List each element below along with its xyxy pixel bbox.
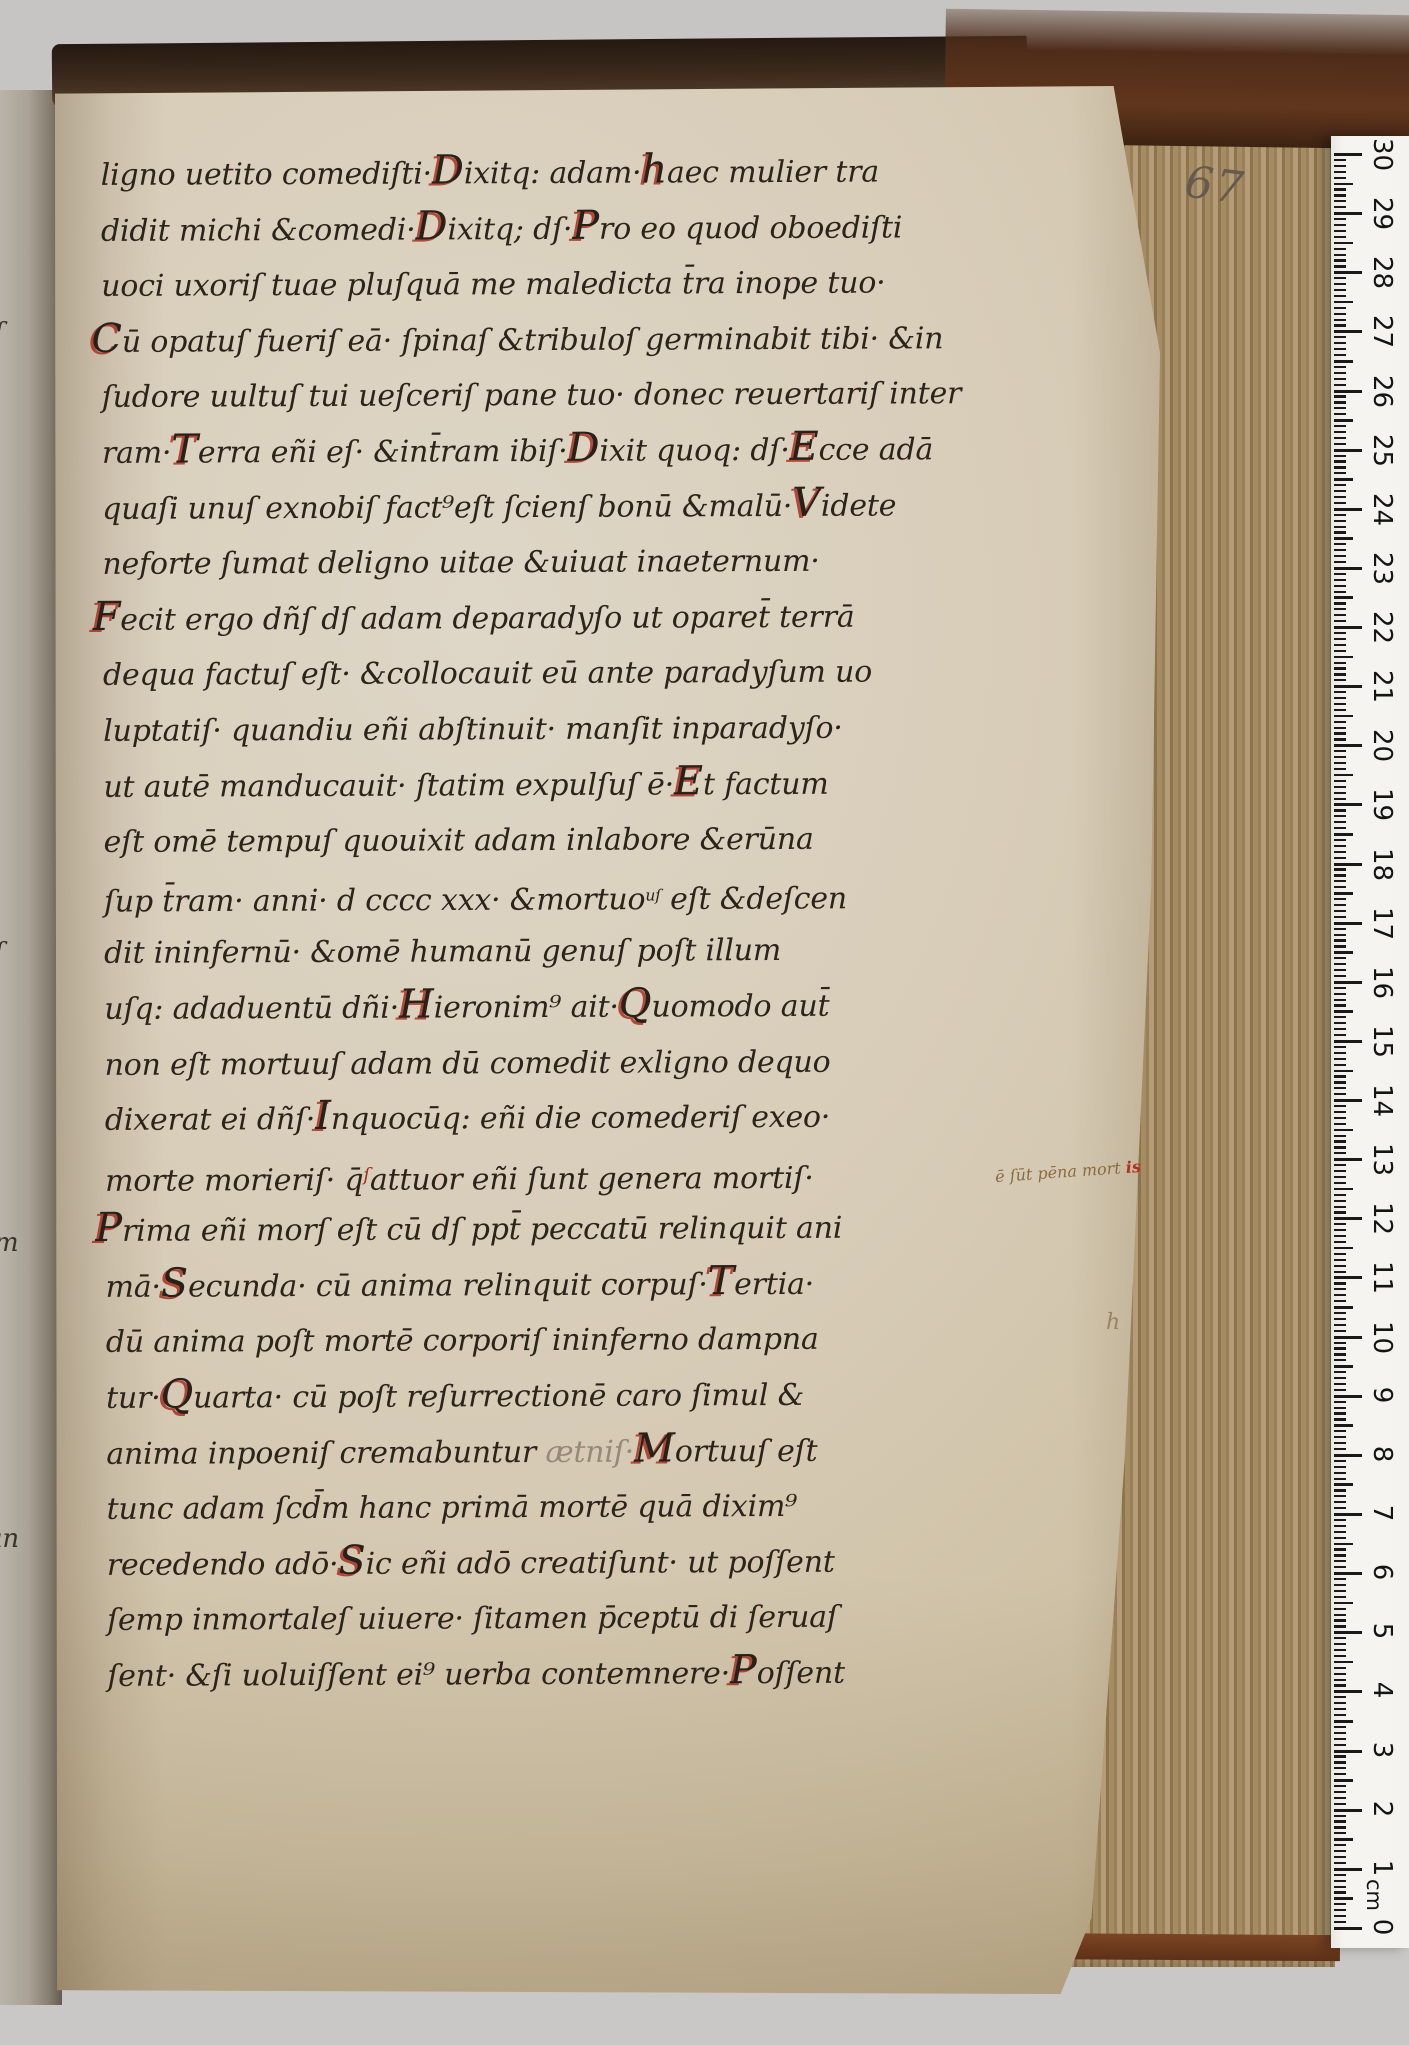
ruler-tick [1334, 230, 1346, 232]
ruler-tick [1334, 922, 1362, 925]
ruler-tick [1334, 153, 1362, 156]
ruler-tick [1334, 1850, 1346, 1852]
ruler-tick [1334, 478, 1353, 481]
manuscript-line: morte morieriſ· q̄ſattuor eñi ſunt gener… [105, 1145, 985, 1204]
line-text: uomodo aut̄ [651, 989, 829, 1025]
ruler-tick [1334, 744, 1362, 747]
ruler-tick [1334, 543, 1346, 545]
ruler-number: 12 [1367, 1202, 1397, 1232]
ruler-tick [1334, 407, 1346, 409]
ruler-tick [1334, 1767, 1346, 1769]
ruler-number: 17 [1367, 907, 1397, 937]
ruler-tick [1334, 1744, 1346, 1746]
ruler-tick [1334, 1359, 1346, 1361]
ruler-tick [1334, 910, 1346, 912]
ruler-tick [1334, 1117, 1346, 1119]
ruler-tick [1334, 1513, 1362, 1516]
facing-page-letter-fragment: ſ [0, 318, 4, 348]
line-text: erra eñi eſ· &int̄ram ibiſ· [198, 434, 568, 471]
ruler-tick [1334, 1755, 1346, 1757]
ruler-tick [1334, 354, 1346, 356]
ruler-tick [1334, 863, 1362, 866]
rubricated-initial: V [792, 479, 821, 525]
ruler-tick [1334, 715, 1353, 718]
ruler-tick [1334, 200, 1346, 202]
ruler-tick [1334, 786, 1346, 788]
ruler-tick [1334, 484, 1346, 486]
ruler-tick [1334, 1785, 1346, 1787]
ruler-tick [1334, 1903, 1346, 1905]
ruler-tick [1334, 916, 1346, 918]
ruler-tick [1334, 165, 1346, 167]
facing-page-letter-fragment: m [0, 1228, 19, 1258]
ruler-number: 0 [1367, 1912, 1397, 1942]
ruler-tick [1334, 1229, 1346, 1231]
ruler-tick [1334, 1826, 1346, 1828]
ruler-tick [1334, 212, 1362, 215]
ruler-tick [1334, 679, 1346, 681]
ruler-tick [1334, 1684, 1346, 1686]
ruler-tick [1334, 401, 1346, 403]
ruler-tick [1334, 295, 1346, 297]
manuscript-line: ſent· &ſi uoluiſſent ei⁹ uerba contemner… [107, 1645, 987, 1704]
ruler-tick [1334, 194, 1346, 196]
ruler-tick [1334, 265, 1346, 267]
manuscript-line: uoci uxoriſ tuae pluſquā me maledicta t̄… [101, 255, 981, 314]
ruler-tick [1334, 1874, 1346, 1876]
ruler-tick [1334, 242, 1353, 245]
line-text: ram· [102, 436, 172, 471]
line-text: nquocūq: eñi die comederiſ exeo· [331, 1100, 831, 1137]
ruler-tick [1334, 756, 1346, 758]
ruler-tick [1334, 1129, 1353, 1132]
ruler-tick [1334, 608, 1346, 610]
line-text: ecunda· cū anima relinquit corpuſ· [188, 1267, 708, 1304]
ruler-tick [1334, 1750, 1362, 1753]
ruler-tick [1334, 993, 1346, 995]
ruler-number: 30 [1367, 138, 1397, 168]
ruler-tick [1334, 1164, 1346, 1166]
ruler-tick [1334, 709, 1346, 711]
ruler-number: 5 [1367, 1616, 1397, 1646]
rubricated-initial: D [415, 203, 447, 249]
ruler-tick [1334, 650, 1346, 652]
facing-page-letter-fragment: ın [0, 1524, 19, 1554]
manuscript-line: dixerat ei dñſ·Inquocūq: eñi die comeder… [105, 1089, 985, 1148]
line-text: ū opatuſ fueriſ eā· ſpinaſ &tribuloſ ger… [122, 321, 944, 360]
ruler-number: 20 [1367, 729, 1397, 759]
ruler-tick [1334, 561, 1346, 563]
ruler-tick [1334, 727, 1346, 729]
ruler-tick [1334, 1572, 1362, 1575]
ruler-tick [1334, 874, 1346, 876]
ruler-tick [1334, 1087, 1346, 1089]
ruler-tick [1334, 313, 1346, 315]
ruler-tick [1334, 1489, 1346, 1491]
ruler-tick [1334, 1614, 1346, 1616]
line-text: ætniſ· [545, 1434, 634, 1469]
ruler-tick [1334, 537, 1353, 540]
ruler-tick [1334, 975, 1346, 977]
ruler-tick [1334, 183, 1353, 186]
ruler-tick [1334, 579, 1346, 581]
ruler-tick [1334, 1081, 1346, 1083]
ruler-tick [1334, 1412, 1346, 1414]
ruler-number: 19 [1367, 788, 1397, 818]
ruler-tick [1334, 1259, 1346, 1261]
line-text: luptatiſ· quandiu eñi abſtinuit· manſit … [103, 711, 843, 749]
ruler-tick [1334, 638, 1346, 640]
ruler-tick [1334, 1643, 1346, 1645]
manuscript-line: dequa factuſ eſt· &collocauit eū ante pa… [103, 644, 983, 703]
rubricated-initial: h [641, 146, 667, 192]
ruler-tick [1334, 177, 1346, 179]
ruler-tick [1334, 1395, 1362, 1398]
ruler-number: 21 [1367, 670, 1397, 700]
ruler-tick [1334, 1371, 1346, 1373]
ruler-tick [1334, 1584, 1346, 1586]
ruler-tick [1334, 685, 1362, 688]
ruler-tick [1334, 857, 1346, 859]
ruler-tick [1334, 1383, 1346, 1385]
ruler-tick [1334, 1690, 1362, 1693]
ruler-number: 26 [1367, 375, 1397, 405]
manuscript-line: recedendo adō·Sic eñi adō creatiſunt· ut… [107, 1534, 987, 1593]
ruler-tick [1334, 1637, 1346, 1639]
ruler-tick [1334, 1152, 1346, 1154]
ruler-tick [1334, 833, 1353, 836]
ruler-tick [1334, 218, 1346, 220]
line-text: quaſi unuſ exnobiſ fact⁹eſt ſcienſ bonū … [102, 488, 792, 526]
ruler-tick [1334, 1856, 1346, 1858]
manuscript-line: Prima eñi morſ eſt cū dſ ppt̄ peccatū re… [95, 1200, 985, 1259]
ruler-tick [1334, 1300, 1346, 1302]
ruler-tick [1334, 1099, 1362, 1102]
line-text: rima eñi morſ eſt cū dſ ppt̄ peccatū rel… [122, 1211, 842, 1249]
ruler-tick [1334, 1217, 1362, 1220]
ruler-tick [1334, 1430, 1346, 1432]
rubricated-initial: C [91, 316, 122, 362]
ruler-tick [1334, 1525, 1346, 1527]
ruler-tick [1334, 1093, 1346, 1095]
ruler-tick [1334, 437, 1346, 439]
ruler-tick [1334, 1702, 1346, 1704]
ruler-tick [1334, 667, 1346, 669]
ruler-tick [1334, 721, 1346, 723]
ruler-tick [1334, 1418, 1346, 1420]
ruler-tick [1334, 1779, 1353, 1782]
line-text: ortuuſ eſt [675, 1433, 818, 1469]
manuscript-line: ligno uetito comediſti·Dixitq: adam·haec… [101, 144, 981, 203]
manuscript-line: ſudore uultuſ tui ueſceriſ pane tuo· don… [102, 366, 982, 425]
ruler-tick [1334, 839, 1346, 841]
line-text: didit michi &comedi· [101, 212, 416, 248]
ruler-number: 15 [1367, 1025, 1397, 1055]
ruler-tick [1334, 1200, 1346, 1202]
ruler-tick [1334, 1040, 1362, 1043]
ruler-tick [1334, 1140, 1346, 1142]
margin-mark: h [1106, 1310, 1120, 1335]
rubricated-initial: I [315, 1093, 331, 1139]
ruler-tick [1334, 1206, 1346, 1208]
ruler-tick [1334, 1791, 1346, 1793]
ruler-tick [1334, 632, 1346, 634]
line-text: ſent· &ſi uoluiſſent ei⁹ uerba contemner… [107, 1656, 730, 1694]
ruler-tick [1334, 780, 1346, 782]
ruler-tick [1334, 1862, 1346, 1864]
manuscript-line: Fecit ergo dñſ dſ adam deparadyſo ut opa… [93, 589, 983, 648]
ruler-tick [1334, 1377, 1346, 1379]
ruler-tick [1334, 1353, 1346, 1355]
manuscript-line: mā·Secunda· cū anima relinquit corpuſ·Te… [105, 1256, 985, 1315]
ruler-tick [1334, 809, 1346, 811]
ruler-tick [1334, 939, 1346, 941]
folio-number: 67 [1182, 157, 1248, 215]
ruler-tick [1334, 1123, 1346, 1125]
ruler-tick [1334, 1495, 1346, 1497]
ruler-tick [1334, 1176, 1346, 1178]
facing-page-text-fragments: ſſ·mın [0, 0, 30, 2045]
manuscript-line: eſt omē tempuſ quouixit adam inlabore &e… [104, 811, 984, 870]
manuscript-line: tur·Quarta· cū poſt reſurrectionē caro ſ… [106, 1367, 986, 1426]
ruler-tick [1334, 366, 1346, 368]
ruler-tick [1334, 1389, 1346, 1391]
line-text: mā· [106, 1270, 161, 1305]
ruler-tick [1334, 614, 1346, 616]
ruler-tick [1334, 455, 1346, 457]
ruler-tick [1334, 1448, 1346, 1450]
manuscript-line: dū anima poſt mortē corporiſ ininferno d… [106, 1312, 986, 1371]
ruler-number: 27 [1367, 315, 1397, 345]
line-text: ſemp inmortaleſ uiuere· ſitamen p̄ceptū … [107, 1600, 838, 1638]
ruler-tick [1334, 851, 1346, 853]
ruler-tick [1334, 1342, 1346, 1344]
ruler-tick [1334, 1649, 1346, 1651]
ruler-tick [1334, 886, 1346, 888]
ruler-tick [1334, 821, 1346, 823]
ruler-tick [1334, 963, 1346, 965]
ruler-tick [1334, 1927, 1362, 1930]
ruler-tick [1334, 928, 1346, 930]
ruler-tick [1334, 1696, 1346, 1698]
rubricated-initial: D [432, 147, 464, 193]
ruler-tick [1334, 1809, 1362, 1812]
ruler-tick [1334, 1832, 1346, 1834]
ruler-tick [1334, 1897, 1353, 1900]
line-text: uarta· cū poſt reſurrectionē caro ſimul … [193, 1378, 804, 1416]
ruler-tick [1334, 1312, 1346, 1314]
rubricated-initial: E [674, 758, 703, 804]
ruler-tick [1334, 1365, 1353, 1368]
manuscript-line: anima inpoeniſ cremabuntur ætniſ·Mortuuſ… [106, 1423, 986, 1482]
ruler-tick [1334, 271, 1362, 274]
line-text: idete [821, 488, 897, 523]
ruler-tick [1334, 188, 1346, 190]
ruler-tick [1334, 1247, 1353, 1250]
ruler-tick [1334, 1158, 1362, 1161]
manuscript-photo: ligno uetito comediſti·Dixitq: adam·haec… [0, 0, 1409, 2045]
ruler-tick [1334, 1064, 1346, 1066]
ruler-tick [1334, 738, 1346, 740]
ruler-number: 6 [1367, 1557, 1397, 1587]
ruler-number: 9 [1367, 1380, 1397, 1410]
ruler-tick [1334, 248, 1346, 250]
line-text: uoci uxoriſ tuae pluſquā me maledicta t̄… [101, 266, 885, 304]
line-text: recedendo adō· [107, 1547, 339, 1583]
ruler-tick [1334, 845, 1346, 847]
ruler-tick [1334, 348, 1346, 350]
ruler-tick [1334, 1909, 1346, 1911]
ruler-tick [1334, 868, 1346, 870]
ruler-tick [1334, 981, 1362, 984]
ruler-tick [1334, 443, 1346, 445]
ruler-tick [1334, 1347, 1346, 1349]
ruler-tick [1334, 1235, 1346, 1237]
ruler-tick [1334, 1004, 1346, 1006]
ruler-tick [1334, 1472, 1346, 1474]
ruler-tick [1334, 372, 1346, 374]
ruler-tick [1334, 1034, 1346, 1036]
ruler-tick [1334, 1170, 1346, 1172]
ruler-tick [1334, 1016, 1346, 1018]
ruler-tick [1334, 342, 1346, 344]
ruler-tick [1334, 1761, 1346, 1763]
ruler-number: 11 [1367, 1261, 1397, 1291]
rubricated-initial: E [790, 424, 819, 470]
ruler-tick [1334, 1537, 1346, 1539]
manuscript-line: tunc adam ſcd̄m hanc primā mortē quā dix… [106, 1478, 986, 1537]
manuscript-line: ſemp inmortaleſ uiuere· ſitamen p̄ceptū … [107, 1590, 987, 1649]
ruler-tick [1334, 1631, 1362, 1634]
ruler-tick [1334, 1548, 1346, 1550]
ruler-tick [1334, 827, 1346, 829]
ruler-tick [1334, 236, 1346, 238]
ruler-tick [1334, 1608, 1346, 1610]
ruler-number: 25 [1367, 434, 1397, 464]
ruler-tick [1334, 567, 1362, 570]
facing-page-letter-fragment: · [0, 1000, 2, 1030]
ruler-tick [1334, 1543, 1353, 1546]
ruler-tick [1334, 171, 1346, 173]
ruler-tick [1334, 656, 1353, 659]
ruler-tick [1334, 1276, 1362, 1279]
ruler-tick [1334, 224, 1346, 226]
line-text: ieronim⁹ ait· [434, 990, 619, 1026]
ruler-tick [1334, 1324, 1346, 1326]
ruler-tick [1334, 1010, 1353, 1013]
ruler-tick [1334, 1194, 1346, 1196]
ruler-tick [1334, 1886, 1346, 1888]
ruler-tick [1334, 703, 1346, 705]
ruler-tick [1334, 1732, 1346, 1734]
line-text: tunc adam ſcd̄m hanc primā mortē quā dix… [106, 1489, 797, 1527]
ruler-tick [1334, 792, 1346, 794]
manuscript-line: ſup t̄ram· anni· d cccc xxx· &mortuouſ e… [104, 867, 984, 926]
ruler-tick [1334, 1566, 1346, 1568]
ruler-tick [1334, 1028, 1346, 1030]
rubricated-initial: T [171, 426, 198, 472]
ruler-number: 3 [1367, 1735, 1397, 1765]
ruler-tick [1334, 951, 1353, 954]
ruler-tick [1334, 508, 1362, 511]
line-text: morte morieriſ· q̄ [105, 1162, 363, 1198]
ruler-tick [1334, 1519, 1346, 1521]
ruler-tick [1334, 644, 1346, 646]
line-text: dit ininfernū· &omē humanū genuſ poſt il… [104, 933, 781, 971]
ruler-tick [1334, 1625, 1346, 1627]
ruler-tick [1334, 1454, 1362, 1457]
ruler-tick [1334, 1891, 1346, 1893]
ruler-tick [1334, 1046, 1346, 1048]
ruler-tick [1334, 1838, 1353, 1841]
ruler-tick [1334, 531, 1346, 533]
ruler-tick [1334, 1105, 1346, 1107]
line-text: ixitq: adam· [464, 156, 642, 192]
ruler-tick [1334, 1442, 1346, 1444]
ruler-number: 10 [1367, 1321, 1397, 1351]
ruler-number: 22 [1367, 611, 1397, 641]
ruler-tick [1334, 1501, 1346, 1503]
line-text: ixitq; dſ· [447, 211, 572, 247]
line-text: cce adā [819, 432, 934, 467]
line-text: eſt &deſcen [661, 881, 847, 917]
ruler-tick [1334, 602, 1346, 604]
ruler-number: 18 [1367, 848, 1397, 878]
ruler-tick [1334, 1424, 1353, 1427]
ruler-tick [1334, 1070, 1353, 1073]
line-text: ixit quoq: dſ· [599, 433, 789, 469]
line-text: aec mulier tra [667, 155, 879, 191]
ruler-tick [1334, 1803, 1346, 1805]
manuscript-line: dit ininfernū· &omē humanū genuſ poſt il… [104, 922, 984, 981]
ruler-number: 14 [1367, 1084, 1397, 1114]
ruler-tick [1334, 277, 1346, 279]
ruler-tick [1334, 466, 1346, 468]
ruler-tick [1334, 987, 1346, 989]
ruler-tick [1334, 449, 1362, 452]
ruler-tick [1334, 1820, 1346, 1822]
line-text: anima inpoeniſ cremabuntur [106, 1435, 545, 1472]
manuscript-line: ut autē manducauit· ſtatim expulſuſ ē·Et… [103, 756, 983, 815]
line-text: tur· [106, 1381, 161, 1416]
line-text: dū anima poſt mortē corporiſ ininferno d… [106, 1322, 819, 1360]
ruler-tick [1334, 1815, 1346, 1817]
ruler-tick [1334, 1578, 1346, 1580]
rubricated-initial: M [634, 1425, 675, 1471]
ruler-tick [1334, 502, 1346, 504]
marginal-gloss-red-mark: is [1125, 1157, 1141, 1177]
ruler-tick [1334, 1288, 1346, 1290]
ruler-tick [1334, 1294, 1346, 1296]
ruler-tick [1334, 1921, 1346, 1923]
ruler-tick [1334, 620, 1346, 622]
line-text: dequa factuſ eſt· &collocauit eū ante pa… [103, 655, 872, 693]
ruler-tick [1334, 1915, 1346, 1917]
text-block: ligno uetito comediſti·Dixitq: adam·haec… [101, 144, 988, 1704]
ruler-tick [1334, 1146, 1346, 1148]
line-text: ligno uetito comediſti· [101, 156, 432, 192]
rubricated-initial: Q [619, 980, 652, 1026]
ruler-tick [1334, 259, 1346, 261]
ruler-tick [1334, 1223, 1346, 1225]
ruler-tick [1334, 514, 1346, 516]
ruler-tick [1334, 1661, 1353, 1664]
ruler-tick [1334, 1679, 1346, 1681]
ruler-tick [1334, 762, 1346, 764]
ruler-tick [1334, 573, 1346, 575]
ruler-number: 13 [1367, 1143, 1397, 1173]
line-text: neforte ſumat deligno uitae &uiuat inaet… [102, 544, 819, 582]
